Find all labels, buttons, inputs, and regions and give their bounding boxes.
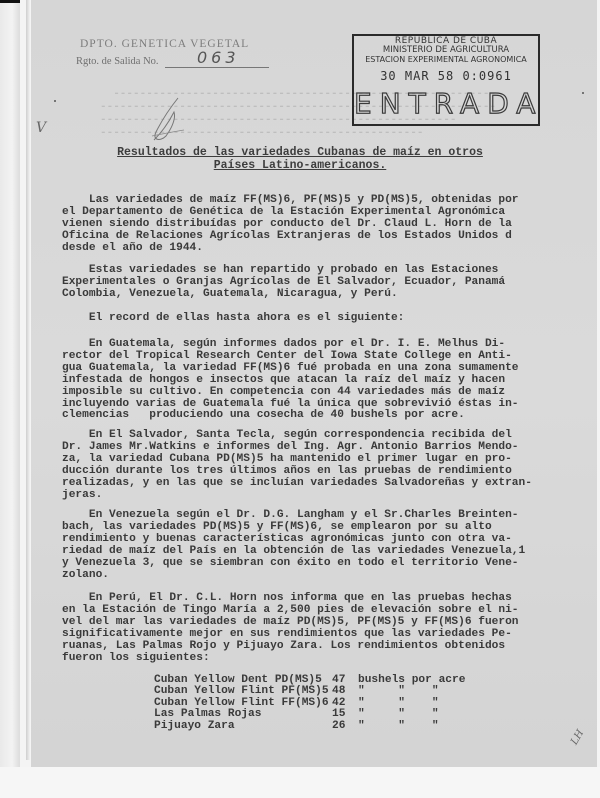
stamp-label: ENTRADA [354,87,538,120]
text-line: jeras. [62,490,562,502]
text-line: infestada de hongos e insectos que ataca… [62,375,562,387]
text-line: ducción durante los tres últimos años en… [62,466,562,478]
yield-unit: " " " [358,721,518,732]
scan-edge-top [0,0,20,3]
yield-table: Cuban Yellow Dent PD(MS)547bushels por a… [154,675,518,732]
scan-edge-line [26,0,30,760]
stamp-station: ESTACION EXPERIMENTAL AGRONOMICA [354,55,538,64]
text-line: y Venezuela 3, que se siembran con éxito… [62,558,562,570]
paragraph-el-salvador: En El Salvador, Santa Tecla, según corre… [62,430,562,501]
paragraph-distribution: Estas variedades se han repartido y prob… [62,265,562,301]
text-line: vel del mar las variedades de maíz PD(MS… [62,617,562,629]
text-line: riedad de maíz del País en la obtención … [62,546,562,558]
stamp-date: 30 MAR 58 0:0961 [354,69,538,83]
yield-value: 26 [332,721,358,732]
scan-speck [582,92,584,94]
yield-row: Las Palmas Rojas15" " " [154,709,518,720]
yield-value: 15 [332,709,358,720]
scan-edge [0,0,20,798]
title-line-2: Países Latino-americanos. [100,159,500,172]
text-line: clemencias produciendo una cosecha de 40… [62,410,562,422]
text-line: significativamente mejor en sus rendimie… [62,629,562,641]
text-line: imposible su cultivo. En competencia con… [62,387,562,399]
paragraph-intro: Las variedades de maíz FF(MS)6, PF(MS)5 … [62,195,562,255]
yield-unit: " " " [358,709,518,720]
paragraph-peru: En Perú, El Dr. C.L. Horn nos informa qu… [62,593,562,664]
text-line: vienen siendo distribuídas por conducto … [62,219,562,231]
text-line: zolano. [62,570,562,582]
document-title: Resultados de las variedades Cubanas de … [100,146,500,172]
title-line-1: Resultados de las variedades Cubanas de … [100,146,500,159]
yield-row: Pijuayo Zara26" " " [154,721,518,732]
text-line: za, la variedad Cubana PD(MS)5 ha manten… [62,454,562,466]
text-line: ruanas, Las Palmas Rojo y Pijuayo Zara. … [62,641,562,653]
scan-speck [54,100,56,102]
variety-name: Las Palmas Rojas [154,709,332,720]
text-line: desde el año de 1944. [62,243,562,255]
paragraph-guatemala: En Guatemala, según informes dados por e… [62,339,562,422]
text-line: Oficina de Relaciones Agrícolas Extranje… [62,231,562,243]
scan-background [0,767,600,798]
variety-name: Pijuayo Zara [154,721,332,732]
text-line: fueron los siguientes: [62,653,562,665]
registry-number: 063 [165,48,269,68]
signature-icon [148,96,188,144]
paragraph-record: El record de ellas hasta ahora es el sig… [62,313,562,325]
paragraph-venezuela: En Venezuela según el Dr. D.G. Langham y… [62,510,562,581]
entry-stamp: REPUBLICA DE CUBA MINISTERIO DE AGRICULT… [352,34,540,126]
stamp-ministry: MINISTERIO DE AGRICULTURA [354,46,538,55]
text-line: gua Guatemala, la variedad FF(MS)6 fué p… [62,363,562,375]
registry-label: Rgto. de Salida No. [76,56,159,67]
text-line: Colombia, Venezuela, Guatemala, Nicaragu… [62,289,562,301]
text-line: El record de ellas hasta ahora es el sig… [62,313,562,325]
margin-check-mark: V [36,120,46,136]
text-line: rendimiento y buenas características agr… [62,534,562,546]
text-line: realizadas, y en las que se incluían var… [62,478,562,490]
